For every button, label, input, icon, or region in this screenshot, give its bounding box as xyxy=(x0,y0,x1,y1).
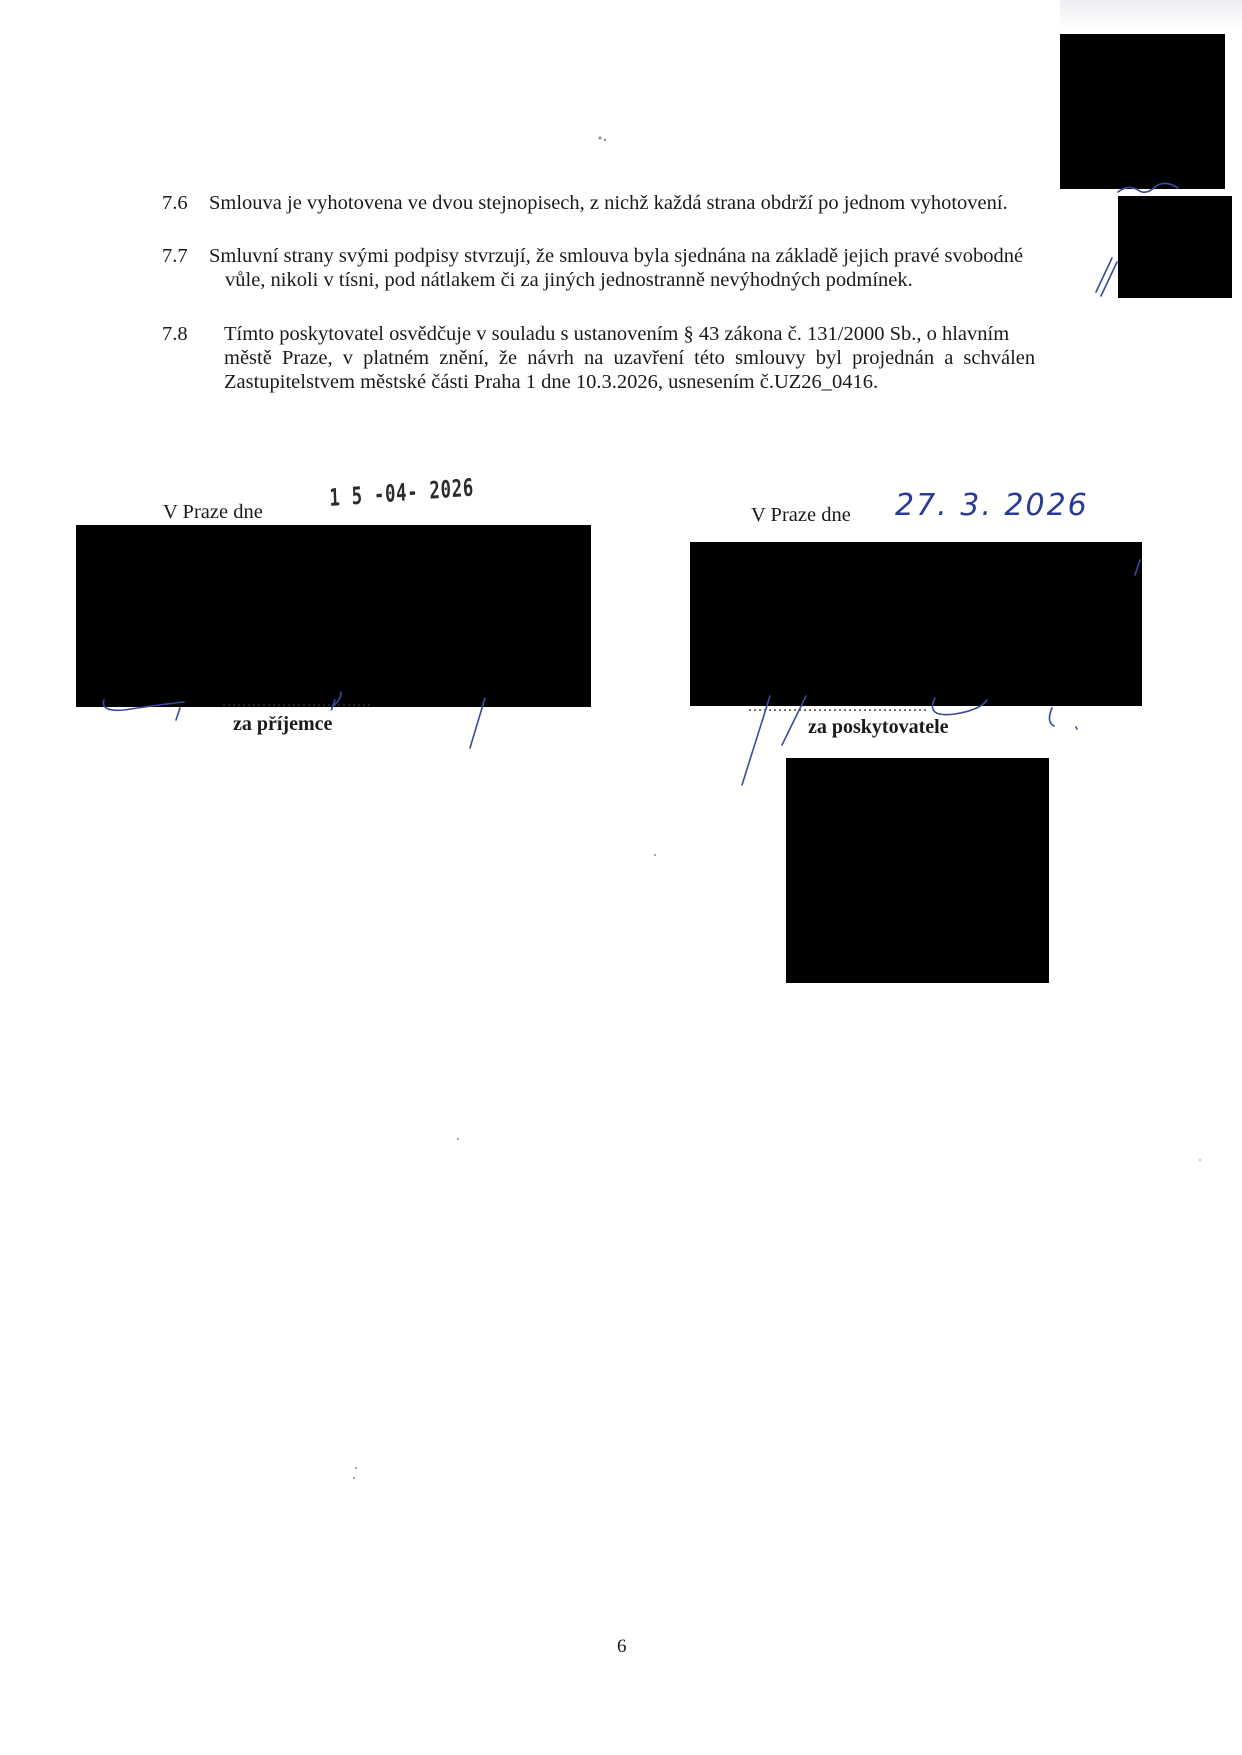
clause-number: 7.8 xyxy=(162,322,188,346)
clause-text-line-3: Zastupitelstvem městské části Praha 1 dn… xyxy=(224,370,878,394)
scan-artifact xyxy=(1060,0,1242,30)
clause-text-line-2: vůle, nikoli v tísni, pod nátlakem či za… xyxy=(225,268,913,292)
clause-7-7: 7.7 Smluvní strany svými podpisy stvrzuj… xyxy=(162,244,1112,296)
provider-signature-line: .................................... xyxy=(748,698,1020,716)
provider-role-label: za poskytovatele xyxy=(808,716,949,739)
clause-text: Smlouva je vyhotovena ve dvou stejnopise… xyxy=(209,191,1008,215)
clause-text-line-2: městě Praze, v platném znění, že návrh n… xyxy=(224,346,1035,370)
clause-text-line-1: Tímto poskytovatel osvědčuje v souladu s… xyxy=(224,322,1009,346)
recipient-role-label: za příjemce xyxy=(233,713,332,736)
clause-7-8: 7.8 Tímto poskytovatel osvědčuje v soula… xyxy=(162,322,1112,400)
document-page: 7.6 Smlouva je vyhotovena ve dvou stejno… xyxy=(0,0,1242,1755)
recipient-place-label: V Praze dne xyxy=(163,501,263,524)
recipient-date-stamp: 1 5 -04- 2026 xyxy=(329,474,474,512)
redaction-block-provider-signature xyxy=(690,542,1142,706)
page-number: 6 xyxy=(617,1636,627,1658)
provider-handwritten-date: 27. 3. 2026 xyxy=(895,488,1089,523)
clause-number: 7.7 xyxy=(162,244,188,268)
provider-place-label: V Praze dne xyxy=(751,504,851,527)
redaction-block-recipient-signature xyxy=(76,525,591,707)
clause-text-line-1: Smluvní strany svými podpisy stvrzují, ž… xyxy=(209,244,1023,268)
redaction-block-top-right xyxy=(1060,34,1225,189)
recipient-signature-line: .............................. xyxy=(222,693,410,711)
clause-number: 7.6 xyxy=(162,191,188,215)
redaction-block-margin-right xyxy=(1118,196,1232,298)
clause-7-6: 7.6 Smlouva je vyhotovena ve dvou stejno… xyxy=(162,191,1112,217)
redaction-block-provider-stamp xyxy=(786,758,1049,983)
